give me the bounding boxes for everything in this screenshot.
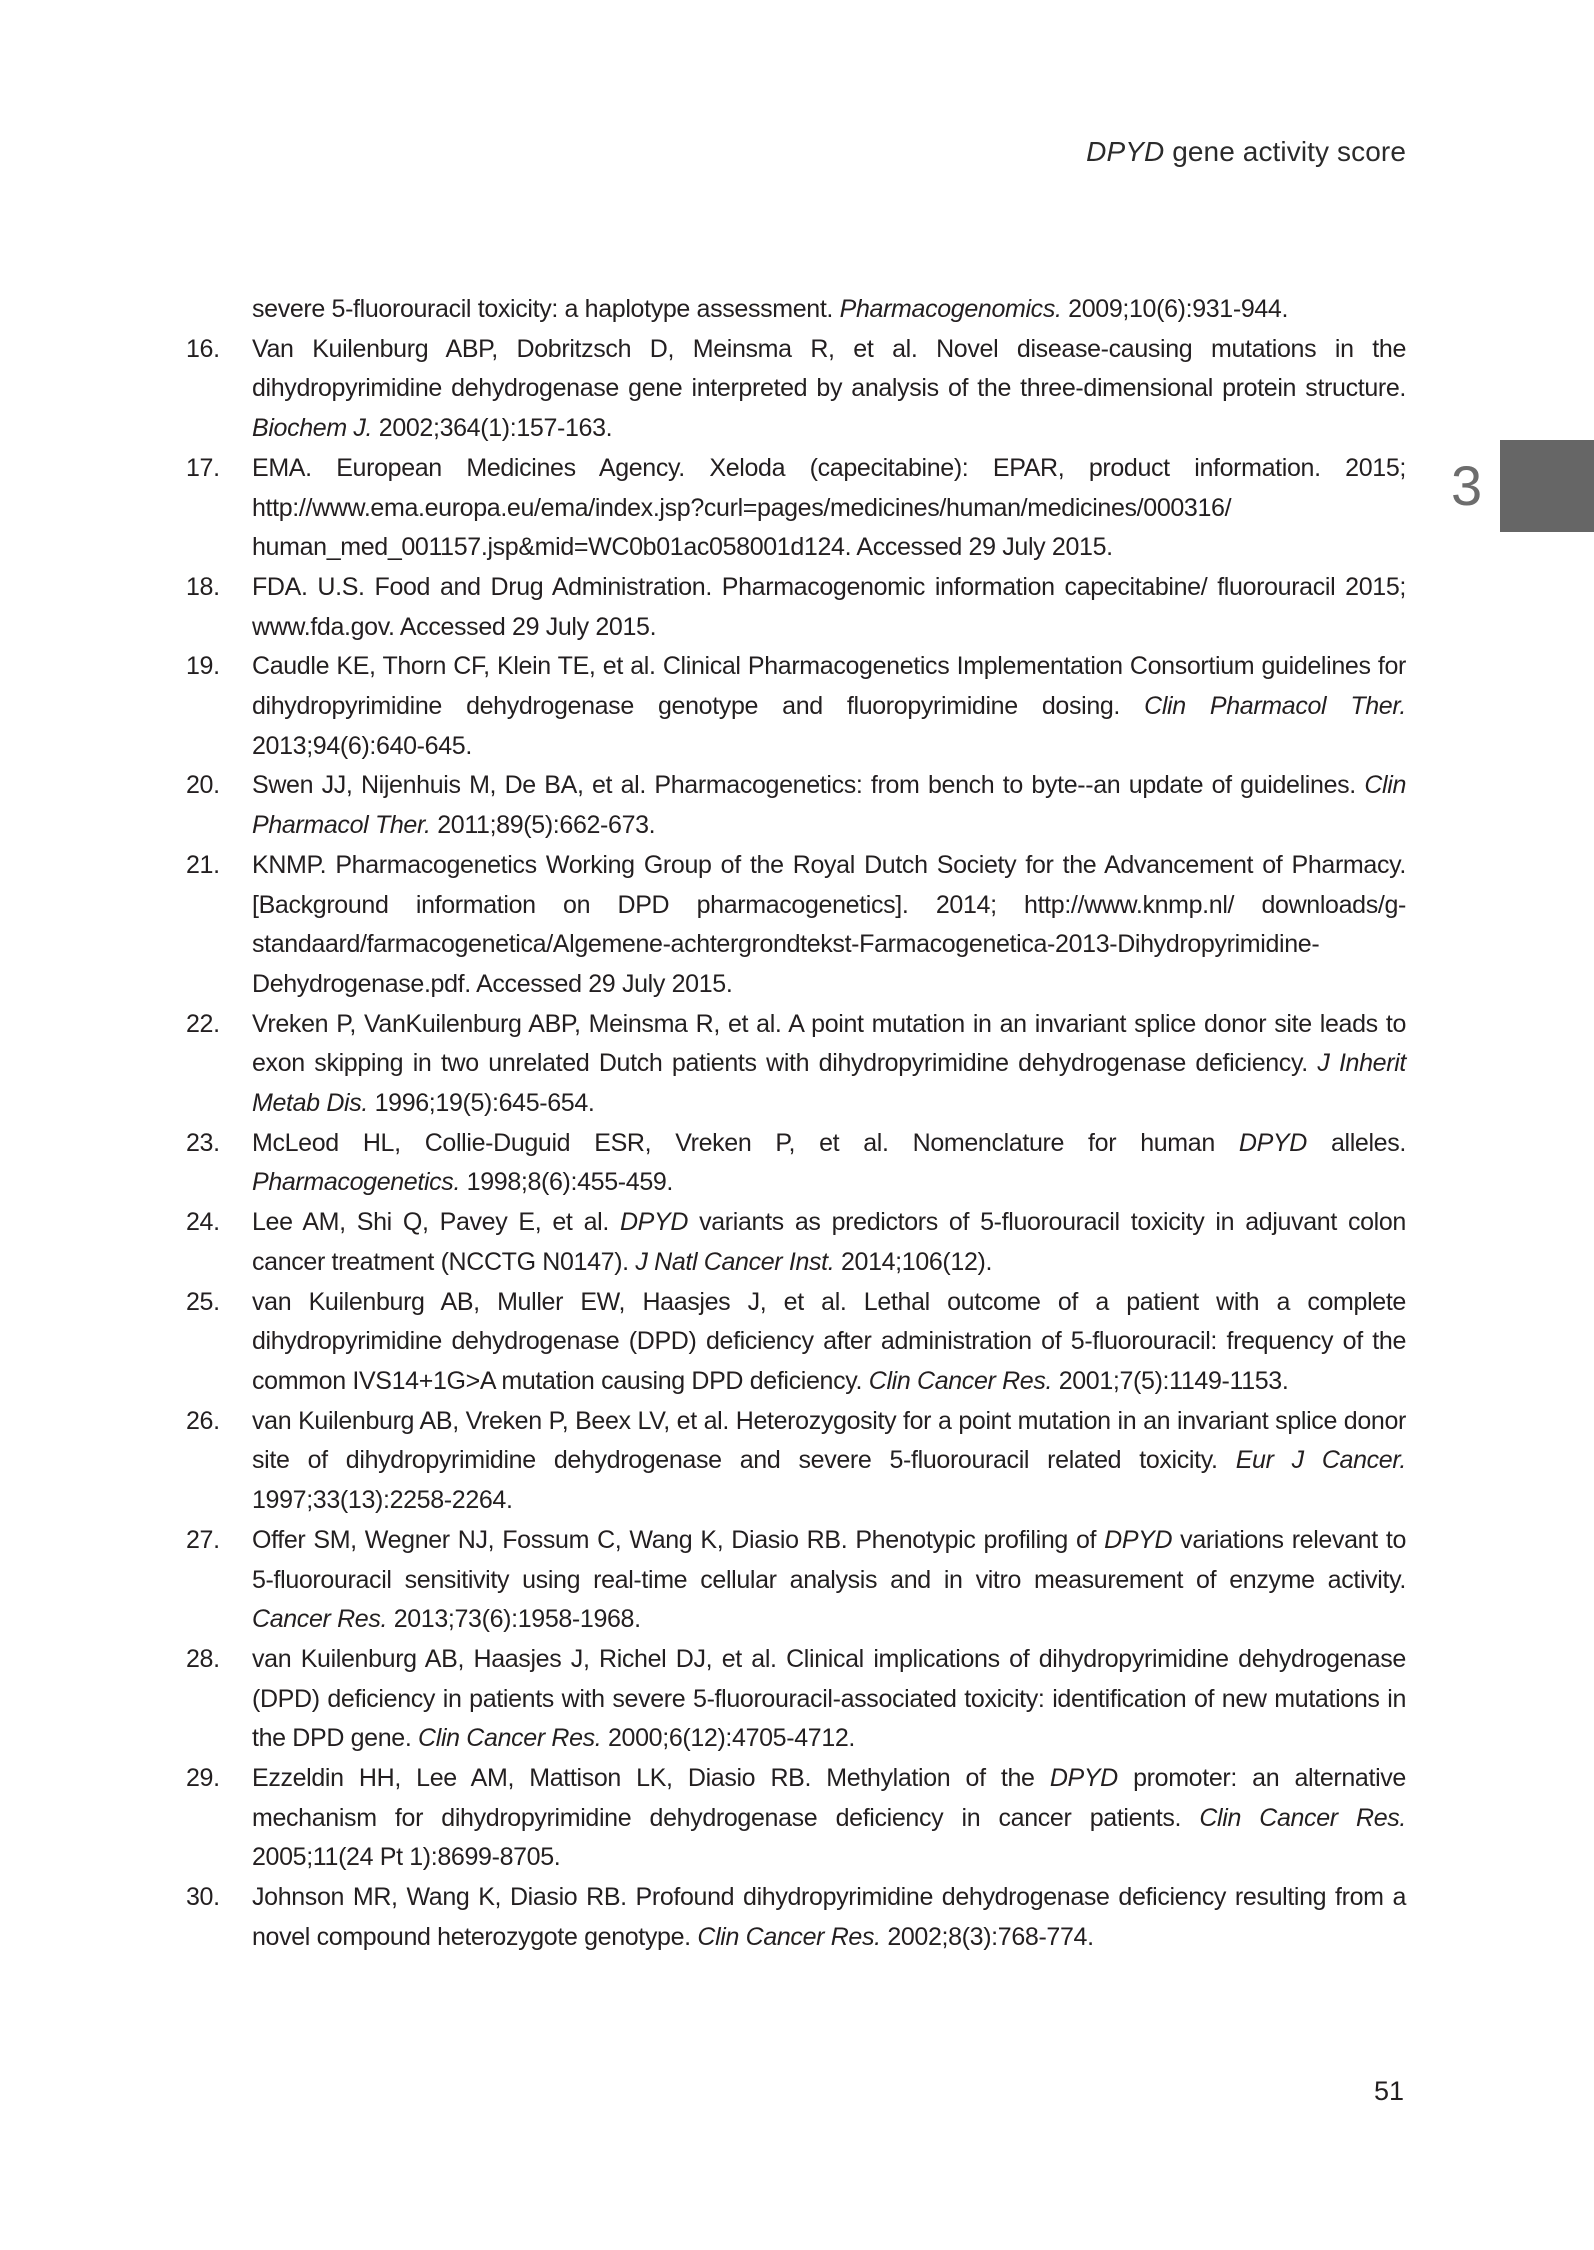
running-header-gene: DPYD bbox=[1086, 136, 1164, 167]
reference-italic-segment: DPYD bbox=[1239, 1129, 1307, 1157]
reference-italic-segment: DPYD bbox=[1104, 1526, 1172, 1554]
reference-segment: 2013;73(6):1958-1968. bbox=[387, 1605, 641, 1633]
reference-text: Van Kuilenburg ABP, Dobritzsch D, Meinsm… bbox=[252, 335, 1406, 442]
reference-segment: 2014;106(12). bbox=[834, 1248, 992, 1276]
reference-segment: Vreken P, VanKuilenburg ABP, Meinsma R, … bbox=[252, 1010, 1406, 1078]
reference-italic-segment: Clin Cancer Res. bbox=[418, 1724, 601, 1752]
reference-segment: 1997;33(13):2258-2264. bbox=[252, 1486, 513, 1514]
reference-item: 17.EMA. European Medicines Agency. Xelod… bbox=[186, 449, 1406, 568]
reference-number: 17. bbox=[186, 449, 220, 489]
running-header-title: gene activity score bbox=[1164, 136, 1406, 167]
reference-item: severe 5-fluorouracil toxicity: a haplot… bbox=[186, 290, 1406, 330]
running-header: DPYD gene activity score bbox=[1086, 136, 1406, 168]
reference-item: 23.McLeod HL, Collie-Duguid ESR, Vreken … bbox=[186, 1124, 1406, 1203]
reference-number: 30. bbox=[186, 1878, 220, 1918]
reference-number: 21. bbox=[186, 846, 220, 886]
reference-italic-segment: J Natl Cancer Inst. bbox=[635, 1248, 834, 1276]
reference-number: 22. bbox=[186, 1005, 220, 1045]
reference-item: 20.Swen JJ, Nijenhuis M, De BA, et al. P… bbox=[186, 766, 1406, 845]
reference-italic-segment: Clin Cancer Res. bbox=[1199, 1804, 1406, 1832]
reference-item: 25.van Kuilenburg AB, Muller EW, Haasjes… bbox=[186, 1283, 1406, 1402]
reference-number: 23. bbox=[186, 1124, 220, 1164]
reference-item: 28.van Kuilenburg AB, Haasjes J, Richel … bbox=[186, 1640, 1406, 1759]
reference-segment: 2009;10(6):931-944. bbox=[1062, 295, 1289, 323]
reference-segment: 1996;19(5):645-654. bbox=[368, 1089, 595, 1117]
reference-segment: 2005;11(24 Pt 1):8699-8705. bbox=[252, 1843, 560, 1871]
reference-text: Caudle KE, Thorn CF, Klein TE, et al. Cl… bbox=[252, 652, 1406, 759]
chapter-number: 3 bbox=[1451, 458, 1482, 514]
reference-number: 29. bbox=[186, 1759, 220, 1799]
reference-item: 19.Caudle KE, Thorn CF, Klein TE, et al.… bbox=[186, 647, 1406, 766]
chapter-tab bbox=[1500, 440, 1594, 532]
reference-segment: 2011;89(5):662-673. bbox=[431, 811, 656, 839]
reference-segment: 2001;7(5):1149-1153. bbox=[1052, 1367, 1288, 1395]
reference-item: 27.Offer SM, Wegner NJ, Fossum C, Wang K… bbox=[186, 1521, 1406, 1640]
reference-item: 29.Ezzeldin HH, Lee AM, Mattison LK, Dia… bbox=[186, 1759, 1406, 1878]
reference-number: 24. bbox=[186, 1203, 220, 1243]
reference-segment: Offer SM, Wegner NJ, Fossum C, Wang K, D… bbox=[252, 1526, 1104, 1554]
reference-segment: Lee AM, Shi Q, Pavey E, et al. bbox=[252, 1208, 620, 1236]
reference-number: 28. bbox=[186, 1640, 220, 1680]
reference-segment: 1998;8(6):455-459. bbox=[460, 1168, 673, 1196]
reference-list: severe 5-fluorouracil toxicity: a haplot… bbox=[186, 290, 1406, 1958]
reference-item: 16.Van Kuilenburg ABP, Dobritzsch D, Mei… bbox=[186, 330, 1406, 449]
reference-text: FDA. U.S. Food and Drug Administration. … bbox=[252, 573, 1406, 641]
reference-text: KNMP. Pharmacogenetics Working Group of … bbox=[252, 851, 1406, 998]
reference-text: EMA. European Medicines Agency. Xeloda (… bbox=[252, 454, 1406, 561]
reference-segment: Van Kuilenburg ABP, Dobritzsch D, Meinsm… bbox=[252, 335, 1406, 403]
reference-text: Vreken P, VanKuilenburg ABP, Meinsma R, … bbox=[252, 1010, 1406, 1117]
reference-number: 26. bbox=[186, 1402, 220, 1442]
reference-italic-segment: Biochem J. bbox=[252, 414, 372, 442]
reference-italic-segment: Clin Pharmacol Ther. bbox=[1144, 692, 1406, 720]
reference-italic-segment: Clin Cancer Res. bbox=[697, 1923, 880, 1951]
reference-number: 16. bbox=[186, 330, 220, 370]
reference-text: van Kuilenburg AB, Vreken P, Beex LV, et… bbox=[252, 1407, 1406, 1514]
reference-segment: 2013;94(6):640-645. bbox=[252, 732, 472, 760]
reference-italic-segment: Cancer Res. bbox=[252, 1605, 387, 1633]
reference-segment: 2002;364(1):157-163. bbox=[372, 414, 612, 442]
reference-segment: FDA. U.S. Food and Drug Administration. … bbox=[252, 573, 1406, 641]
reference-number: 19. bbox=[186, 647, 220, 687]
reference-number: 18. bbox=[186, 568, 220, 608]
reference-italic-segment: Pharmacogenetics. bbox=[252, 1168, 460, 1196]
reference-item: 22.Vreken P, VanKuilenburg ABP, Meinsma … bbox=[186, 1005, 1406, 1124]
reference-text: Ezzeldin HH, Lee AM, Mattison LK, Diasio… bbox=[252, 1764, 1406, 1871]
reference-segment: severe 5-fluorouracil toxicity: a haplot… bbox=[252, 295, 840, 323]
reference-text: severe 5-fluorouracil toxicity: a haplot… bbox=[252, 295, 1288, 323]
reference-segment: Swen JJ, Nijenhuis M, De BA, et al. Phar… bbox=[252, 771, 1364, 799]
reference-item: 26.van Kuilenburg AB, Vreken P, Beex LV,… bbox=[186, 1402, 1406, 1521]
reference-text: van Kuilenburg AB, Muller EW, Haasjes J,… bbox=[252, 1288, 1406, 1395]
reference-segment: EMA. European Medicines Agency. Xeloda (… bbox=[252, 454, 1406, 561]
page-number: 51 bbox=[1374, 2076, 1404, 2107]
reference-segment: van Kuilenburg AB, Vreken P, Beex LV, et… bbox=[252, 1407, 1406, 1475]
reference-segment: Ezzeldin HH, Lee AM, Mattison LK, Diasio… bbox=[252, 1764, 1050, 1792]
reference-text: van Kuilenburg AB, Haasjes J, Richel DJ,… bbox=[252, 1645, 1406, 1752]
reference-segment: McLeod HL, Collie-Duguid ESR, Vreken P, … bbox=[252, 1129, 1239, 1157]
reference-number: 25. bbox=[186, 1283, 220, 1323]
reference-italic-segment: Clin Cancer Res. bbox=[869, 1367, 1052, 1395]
reference-text: McLeod HL, Collie-Duguid ESR, Vreken P, … bbox=[252, 1129, 1406, 1197]
reference-item: 21.KNMP. Pharmacogenetics Working Group … bbox=[186, 846, 1406, 1005]
reference-italic-segment: DPYD bbox=[1050, 1764, 1118, 1792]
reference-number: 27. bbox=[186, 1521, 220, 1561]
reference-item: 18.FDA. U.S. Food and Drug Administratio… bbox=[186, 568, 1406, 647]
reference-text: Johnson MR, Wang K, Diasio RB. Profound … bbox=[252, 1883, 1406, 1951]
reference-italic-segment: Eur J Cancer. bbox=[1236, 1446, 1406, 1474]
reference-text: Swen JJ, Nijenhuis M, De BA, et al. Phar… bbox=[252, 771, 1406, 839]
reference-item: 24.Lee AM, Shi Q, Pavey E, et al. DPYD v… bbox=[186, 1203, 1406, 1282]
reference-text: Lee AM, Shi Q, Pavey E, et al. DPYD vari… bbox=[252, 1208, 1406, 1276]
reference-segment: KNMP. Pharmacogenetics Working Group of … bbox=[252, 851, 1406, 998]
reference-italic-segment: Pharmacogenomics. bbox=[840, 295, 1062, 323]
reference-number: 20. bbox=[186, 766, 220, 806]
reference-segment: 2000;6(12):4705-4712. bbox=[601, 1724, 855, 1752]
reference-segment: alleles. bbox=[1307, 1129, 1406, 1157]
reference-italic-segment: DPYD bbox=[620, 1208, 688, 1236]
reference-segment: 2002;8(3):768-774. bbox=[881, 1923, 1094, 1951]
reference-item: 30.Johnson MR, Wang K, Diasio RB. Profou… bbox=[186, 1878, 1406, 1957]
reference-text: Offer SM, Wegner NJ, Fossum C, Wang K, D… bbox=[252, 1526, 1406, 1633]
